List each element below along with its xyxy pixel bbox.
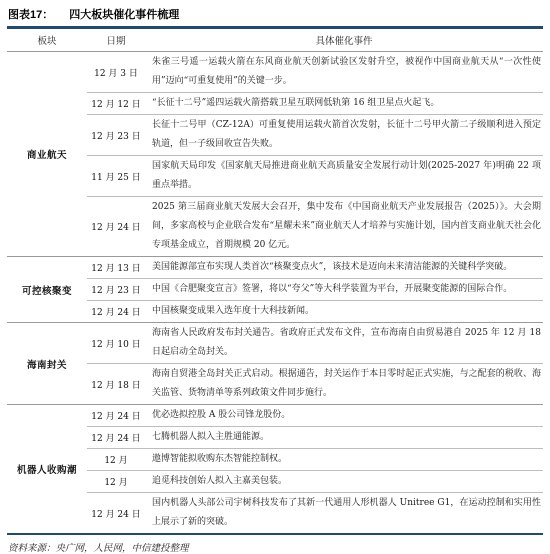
date-cell: 12 月 24 日 [87, 427, 145, 449]
table-row: 12 月 23 日中国《合肥聚变宣言》签署，将以“夸父”等大科学装置为平台，开展… [7, 279, 543, 301]
event-cell: 国内机器人头部公司宇树科技发布了其新一代通用人形机器人 Unitree G1，在… [145, 493, 543, 534]
event-cell: 朱雀三号遥一运载火箭在东风商业航天创新试验区发射升空，被视作中国商业航天从“一次… [145, 52, 543, 93]
figure-header: 图表17： 四大板块催化事件梳理 [7, 4, 543, 26]
table-row: 海南封关12 月 10 日海南省人民政府发布封关通告。省政府正式发布文件，宣布海… [7, 323, 543, 364]
report-figure: 图表17： 四大板块催化事件梳理 板块 日期 具体催化事件 商业航天12 月 3… [0, 0, 550, 554]
table-row: 12 月 24 日七腾机器人拟入主胜通能源。 [7, 427, 543, 449]
table-row: 12 月遨博智能拟收购东杰智能控制权。 [7, 449, 543, 471]
event-cell: 追觅科技创始人拟入主嘉美包装。 [145, 471, 543, 493]
sector-cell: 机器人收购潮 [7, 405, 87, 534]
event-cell: 海南省人民政府发布封关通告。省政府正式发布文件，宣布海南自由贸易港自 2025 … [145, 323, 543, 364]
table-row: 11 月 25 日国家航天局印发《国家航天局推进商业航天高质量安全发展行动计划(… [7, 156, 543, 197]
figure-label: 图表17： [8, 6, 53, 22]
figure-title: 四大板块催化事件梳理 [69, 6, 179, 22]
col-header-event: 具体催化事件 [145, 29, 543, 52]
sector-cell: 商业航天 [7, 52, 87, 257]
source-note: 资料来源：央广网，人民网，中信建投整理 [7, 535, 543, 554]
date-cell: 12 月 12 日 [87, 93, 145, 115]
event-cell: 长征十二号甲（CZ-12A）可重复使用运载火箭首次发射，长征十二号甲火箭二子级顺… [145, 115, 543, 156]
event-cell: 中国核聚变成果入选年度十大科技新闻。 [145, 301, 543, 323]
date-cell: 12 月 [87, 471, 145, 493]
table-row: 商业航天12 月 3 日朱雀三号遥一运载火箭在东风商业航天创新试验区发射升空，被… [7, 52, 543, 93]
col-header-sector: 板块 [7, 29, 87, 52]
date-cell: 12 月 23 日 [87, 279, 145, 301]
event-cell: 海南自贸港全岛封关正式启动。根据通告，封关运作于本日零时起正式实施，与之配套的税… [145, 364, 543, 405]
table-row: 12 月 24 日中国核聚变成果入选年度十大科技新闻。 [7, 301, 543, 323]
date-cell: 12 月 18 日 [87, 364, 145, 405]
table-row: 12 月追觅科技创始人拟入主嘉美包装。 [7, 471, 543, 493]
table-row: 可控核聚变12 月 13 日美国能源部宣布实现人类首次“核聚变点火”，该技术是迈… [7, 257, 543, 279]
event-cell: 优必选拟控股 A 股公司锋龙股份。 [145, 405, 543, 427]
date-cell: 12 月 23 日 [87, 115, 145, 156]
date-cell: 12 月 13 日 [87, 257, 145, 279]
event-cell: 2025 第三届商业航天发展大会召开，集中发布《中国商业航天产业发展报告（202… [145, 197, 543, 257]
table-row: 12 月 23 日长征十二号甲（CZ-12A）可重复使用运载火箭首次发射，长征十… [7, 115, 543, 156]
table-row: 12 月 18 日海南自贸港全岛封关正式启动。根据通告，封关运作于本日零时起正式… [7, 364, 543, 405]
event-cell: 国家航天局印发《国家航天局推进商业航天高质量安全发展行动计划(2025-2027… [145, 156, 543, 197]
catalyst-table: 板块 日期 具体催化事件 商业航天12 月 3 日朱雀三号遥一运载火箭在东风商业… [7, 29, 543, 533]
sector-cell: 海南封关 [7, 323, 87, 405]
event-cell: 遨博智能拟收购东杰智能控制权。 [145, 449, 543, 471]
event-cell: “长征十二号”遥四运载火箭搭载卫星互联网低轨第 16 组卫星点火起飞。 [145, 93, 543, 115]
event-cell: 美国能源部宣布实现人类首次“核聚变点火”，该技术是迈向未来清洁能源的关键科学突破… [145, 257, 543, 279]
col-header-date: 日期 [87, 29, 145, 52]
table-row: 机器人收购潮12 月 24 日优必选拟控股 A 股公司锋龙股份。 [7, 405, 543, 427]
sector-cell: 可控核聚变 [7, 257, 87, 323]
table-row: 12 月 24 日国内机器人头部公司宇树科技发布了其新一代通用人形机器人 Uni… [7, 493, 543, 534]
date-cell: 12 月 24 日 [87, 405, 145, 427]
date-cell: 12 月 24 日 [87, 197, 145, 257]
date-cell: 12 月 [87, 449, 145, 471]
date-cell: 12 月 24 日 [87, 301, 145, 323]
date-cell: 12 月 3 日 [87, 52, 145, 93]
event-cell: 中国《合肥聚变宣言》签署，将以“夸父”等大科学装置为平台，开展聚变能源的国际合作… [145, 279, 543, 301]
table-header-row: 板块 日期 具体催化事件 [7, 29, 543, 52]
event-cell: 七腾机器人拟入主胜通能源。 [145, 427, 543, 449]
date-cell: 12 月 24 日 [87, 493, 145, 534]
date-cell: 12 月 10 日 [87, 323, 145, 364]
table-row: 12 月 12 日“长征十二号”遥四运载火箭搭载卫星互联网低轨第 16 组卫星点… [7, 93, 543, 115]
date-cell: 11 月 25 日 [87, 156, 145, 197]
table-row: 12 月 24 日2025 第三届商业航天发展大会召开，集中发布《中国商业航天产… [7, 197, 543, 257]
